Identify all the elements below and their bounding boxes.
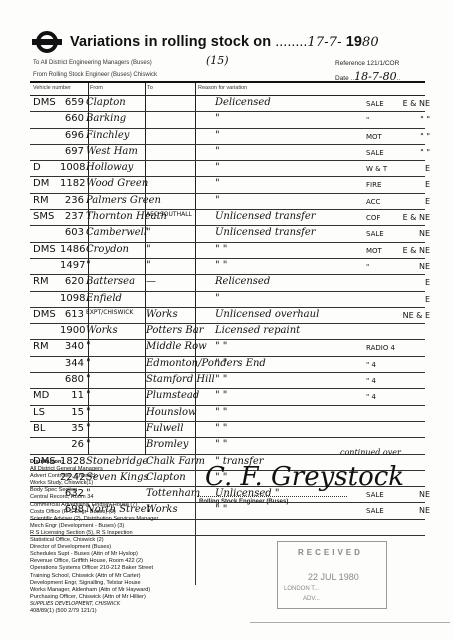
from-garage: Enfield [86,293,122,304]
table-row: 344"Edmonton/Ponders End" "" 4 [30,357,425,373]
table-row: D1008Holloway"W & TE [30,161,425,177]
vehicle-number: 35 [60,423,84,434]
to-garage: Plumstead [146,390,199,401]
distribution-item: Advert Controller, Chiswick [30,473,195,480]
vehicle-class: BL [33,423,45,434]
from-line: From Rolling Stock Engineer (Buses) Chis… [33,72,157,78]
vehicle-number: 613 [60,309,84,320]
table-row: DM1182Wood Green"FIREE [30,177,425,193]
from-garage: Clapton [86,97,126,108]
table-row: 680"Stamford Hill" "" 4 [30,373,425,389]
area: E & NE [400,246,430,255]
reason: Licensed repaint [215,325,300,336]
table-header: Vehicle number From To Reason for variat… [30,81,425,96]
reason-code: SALE [366,507,384,515]
vehicle-number: 660 [60,113,84,124]
reason: " " [215,244,227,255]
vehicle-class: SMS [33,211,54,222]
reason: Unlicensed overhaul [215,309,319,320]
form-code: 408/89(1) (500 2/79 121/1) [30,608,195,615]
reason-code: SALE [366,230,384,238]
signature-line [197,496,347,497]
table-row: RM236Palmers Green"ACCE [30,194,425,210]
area: E [400,197,430,206]
reason-code: W & T [366,165,387,173]
reason-code: SALE [366,149,384,157]
continued-over-note: continued over [340,448,401,457]
vehicle-number: 603 [60,227,84,238]
from-garage: Works [86,325,118,336]
distribution-item: All District General Managers [30,466,195,473]
reason: " [215,293,220,304]
vehicle-number: 11 [60,390,84,401]
area: NE [400,229,430,238]
reason: Unlicensed transfer [215,211,316,222]
reason: " " [215,439,227,450]
from-garage: " [86,341,91,352]
to-garage: " [146,260,151,271]
distribution-item: R S Licensing Section (5), R S Inspectio… [30,530,195,537]
vehicle-class: DMS [33,244,56,255]
reason: " " [215,260,227,271]
header-vehicle: Vehicle number [33,85,71,91]
roundel-logo-icon [32,31,62,55]
signature: C. F. Greystock [205,462,404,492]
area: E [400,295,430,304]
vehicle-number: 1008 [60,162,84,173]
vehicle-number: 1486 [60,244,84,255]
title-date: 17-7- [307,35,341,50]
area: E [400,180,430,189]
vehicle-class: RM [33,195,49,206]
reason-code: RADIO 4 [366,344,395,352]
distribution-list: Distribution: All District General Manag… [30,459,195,615]
area: E [400,278,430,287]
vehicle-number: 26 [60,439,84,450]
table-row: 696Finchley"MOT" " [30,129,425,145]
vehicle-class: DM [33,178,49,189]
distribution-item: Body Spec Section [30,487,195,494]
distribution-item: Revenue Office, Griffith House, Room 422… [30,558,195,565]
section-divider [195,455,196,585]
area: E & NE [400,99,430,108]
area: " " [400,148,430,157]
table-row: DMS613EXPT/CHISWICKWorksUnlicensed overh… [30,308,425,324]
area: NE & E [400,311,430,320]
table-row: 603Camberwell"Unlicensed transferSALENE [30,226,425,242]
reason-code: COF [366,214,380,222]
vehicle-class: RM [33,341,49,352]
reason: Delicensed [215,97,271,108]
received-stamp: RECEIVED 22 JUL 1980 LONDON T... ADV... [277,541,387,609]
area: NE [400,506,430,515]
from-garage: " [86,260,91,271]
to-garage: — [146,276,156,287]
vehicle-class: DMS [33,97,56,108]
reason-code: ACC [366,198,380,206]
reason: " [215,162,220,173]
from-garage: Finchley [86,130,129,141]
reason: " " [215,358,227,369]
area: E & NE [400,213,430,222]
signature-title: Rolling Stock Engineer (Buses) [199,499,288,505]
reference-number: Reference 121/1/COR [335,60,399,67]
distribution-item: Schedules Supt - Buses (Attn of Mr Hyslo… [30,551,195,558]
table-row: BL35"Fulwell" " [30,422,425,438]
reason: " " [215,390,227,401]
distribution-item: Director of Development (Buses) [30,544,195,551]
table-row: RM340"Middle Row" "RADIO 4 [30,340,425,356]
from-garage: Holloway [86,162,133,173]
from-garage: " [86,439,91,450]
from-garage: Barking [86,113,126,124]
reason-code: SALE [366,100,384,108]
vehicle-number: 696 [60,130,84,141]
header-from: From [90,85,103,91]
vehicle-number: 344 [60,358,84,369]
table-row: 660Barking""" " [30,112,425,128]
distribution-item: Development Engr, Signalling, Telstar Ho… [30,580,195,587]
to-garage: AEC SOUTHALL [146,211,192,218]
area: " " [400,132,430,141]
to-garage: " [146,227,151,238]
vehicle-class: MD [33,390,49,401]
table-row: 1900WorksPotters BarLicensed repaint [30,324,425,340]
reason: " " [215,504,227,515]
reason-code: FIRE [366,181,381,189]
table-row: 1497""" ""NE [30,259,425,275]
reason: " [215,146,220,157]
reason-code: MOT [366,133,382,141]
reason: Unlicensed transfer [215,227,316,238]
to-garage: Works [146,309,178,320]
distribution-item: Training School, Chiswick (Attn of Mr Ca… [30,573,195,580]
vehicle-class: RM [33,276,49,287]
reason-code: MOT [366,247,382,255]
from-garage: Palmers Green [86,195,161,206]
reason-code: " 4 [366,393,376,401]
reason: " [215,130,220,141]
from-garage: Croydon [86,244,129,255]
from-garage: Camberwell [86,227,147,238]
to-garage: Potters Bar [146,325,203,336]
vehicle-number: 659 [60,97,84,108]
reason-code: " 4 [366,377,376,385]
from-garage: Battersea [86,276,135,287]
vehicle-number: 1497 [60,260,84,271]
distribution-item: Costs Office (R S Engr- Buses) (2) [30,509,195,516]
reason: " [215,178,220,189]
to-line: To All District Engineering Managers (Bu… [33,60,152,66]
table-row: 697West Ham"SALE" " [30,145,425,161]
reason: " " [215,374,227,385]
distribution-item: Commercial Advertising, Lindsey House (7… [30,502,195,509]
from-garage: " [86,407,91,418]
to-garage: Bromley [146,439,188,450]
vehicle-class: DMS [33,309,56,320]
from-garage: Wood Green [86,178,148,189]
vehicle-number: 15 [60,407,84,418]
area: NE [400,262,430,271]
serial-number: (15) [206,54,229,67]
area: " " [400,115,430,124]
vehicle-number: 236 [60,195,84,206]
table-row: 1098Enfield"E [30,292,425,308]
table-row: LS15"Hounslow" " [30,406,425,422]
vehicle-number: 237 [60,211,84,222]
vehicle-class: LS [33,407,45,418]
distribution-item: Works Study, Chiswick(1) [30,480,195,487]
from-garage: " [86,423,91,434]
vehicle-number: 620 [60,276,84,287]
header-reason: Reason for variation [198,85,247,91]
distribution-item: Works Manager, Aldenham (Attn of Mr Hayw… [30,587,195,594]
vehicle-number: 680 [60,374,84,385]
to-garage: Stamford Hill [146,374,215,385]
to-garage: " [146,244,151,255]
area: NE [400,490,430,499]
distribution-item: Purchasing Officer, Chiswick (Attn of Mr… [30,594,195,601]
reason: Relicensed [215,276,270,287]
document-title: Variations in rolling stock on ........1… [70,34,379,50]
vehicle-number: 1098 [60,293,84,304]
reason: " " [215,423,227,434]
document-page: Variations in rolling stock on ........1… [0,0,453,640]
from-garage: " [86,358,91,369]
table-row: DMS1486Croydon"" "MOTE & NE [30,243,425,259]
vehicle-class: D [33,162,41,173]
table-row: SMS237Thornton HeathAEC SOUTHALLUnlicens… [30,210,425,226]
distribution-item: Scientific Adviser (2), Distribution Ser… [30,516,195,523]
reason-code: " 4 [366,361,376,369]
vehicle-number: 340 [60,341,84,352]
reason: " [215,195,220,206]
to-garage: Edmonton/Ponders End [146,358,266,369]
table-row: MD11"Plumstead" "" 4 [30,389,425,405]
distribution-handwritten-item: SUPPLIES DEVELOPMENT, CHISWICK [30,601,195,608]
to-garage: Middle Row [146,341,207,352]
from-garage: West Ham [86,146,138,157]
distribution-item: Mech Engr (Development - Buses) (3) [30,523,195,530]
distribution-item: Statistical Office, Chiswick (2) [30,537,195,544]
from-garage: EXPT/CHISWICK [86,309,133,316]
to-garage: Fulwell [146,423,183,434]
area: E [400,164,430,173]
distribution-item: Central Record, Room 34 [30,494,195,501]
vehicle-number: 1900 [60,325,84,336]
to-garage: Hounslow [146,407,197,418]
from-garage: " [86,374,91,385]
distribution-item: Operations Systems Officer 210-212 Baker… [30,565,195,572]
from-garage: " [86,390,91,401]
reason-code: " [366,116,369,124]
table-row: RM620Battersea—RelicensedE [30,275,425,291]
header-to: To [147,85,153,91]
reason-code: SALE [366,491,384,499]
vehicle-number: 1182 [60,178,84,189]
reason: " [215,113,220,124]
reason-code: " [366,263,369,271]
reason: " " [215,341,227,352]
reason: " " [215,407,227,418]
title-year: 80 [362,35,379,50]
page-edge-line [250,622,450,623]
vehicle-number: 697 [60,146,84,157]
table-row: DMS659ClaptonDelicensedSALEE & NE [30,96,425,112]
